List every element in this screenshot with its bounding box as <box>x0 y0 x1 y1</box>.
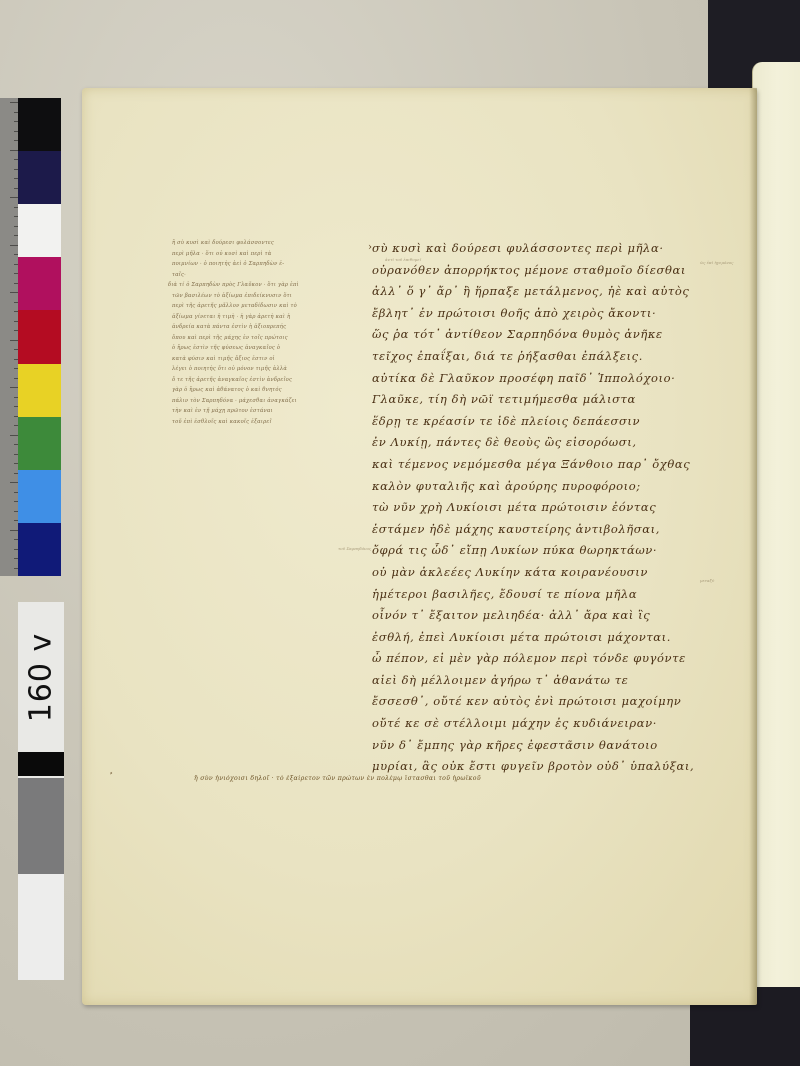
ruler-tick <box>10 340 18 341</box>
text-line: ἑστάμεν ἠδὲ μάχης καυστείρης ἀντιβολῆσαι… <box>372 519 752 541</box>
scholion-line: ποιμνίων · ὁ ποιητὴς ἀεὶ ὁ Σαρπηδὼν ἐ- <box>172 259 322 270</box>
text-line: οὔτέ κε σὲ στέλλοιμι μάχην ἐς κυδιάνειρα… <box>372 713 752 735</box>
scholion-line: ὅπου καὶ περὶ τῆς μάχης ἐν τοῖς πρώτοις <box>172 333 322 344</box>
ruler-tick <box>10 245 18 246</box>
text-line: ἀλλ᾽ ὅ γ᾽ ἄρ᾽ ἢ ἥρπαξε μετάλμενος, ἠὲ κα… <box>372 281 752 303</box>
text-line: ὄφρά τις ὧδ᾽ εἴπῃ Λυκίων πύκα θωρηκτάων· <box>372 540 752 562</box>
text-line: σὺ κυσὶ καὶ δούρεσι φυλάσσοντες περὶ μῆλ… <box>372 238 752 260</box>
interlinear-gloss: ὡς ἐπὶ ἡγεμόνος <box>700 260 733 265</box>
color-patch-green <box>18 417 61 470</box>
folio-label-card: 160 v <box>18 602 64 980</box>
note-marker-icon: ⸗ <box>110 769 112 777</box>
measuring-ruler <box>0 98 19 576</box>
text-line: οὐ μὰν ἀκλεέες Λυκίην κάτα κοιρανέουσιν <box>372 562 752 584</box>
bottom-note: ἢ σὺν ἡνιόχοισι δηλοῖ · τὸ ἐξαίρετον τῶν… <box>194 775 714 782</box>
ruler-tick <box>10 435 18 436</box>
scholion-line: τὴν καὶ ἐν τῇ μάχῃ πρῶτον ἑστάναι <box>172 406 322 417</box>
text-line: ἐσθλή, ἐπεὶ Λυκίοισι μέτα πρώτοισι μάχον… <box>372 627 752 649</box>
text-line: ἡμέτεροι βασιλῆες, ἔδουσί τε πίονα μῆλα <box>372 584 752 606</box>
text-line: τὼ νῦν χρὴ Λυκίοισι μέτα πρώτοισιν ἐόντα… <box>372 497 752 519</box>
ruler-tick <box>10 482 18 483</box>
ruler-tick <box>10 387 18 388</box>
scholion-line: τοῦ ἐπὶ ἐσθλοῖς καὶ κακοῖς ἐξαιρεῖ <box>172 417 322 428</box>
line-marker-icon: › <box>368 242 372 253</box>
scholion-line: ταῖς· <box>172 270 322 281</box>
folio-number-container: 160 v <box>18 602 64 752</box>
color-patch-black <box>18 98 61 151</box>
color-patch-navy <box>18 523 61 576</box>
color-patch-white <box>18 204 61 257</box>
ruler-tick <box>10 102 18 103</box>
grey-scale-black <box>18 752 64 776</box>
text-line: ἔσσεσθ᾽, οὔτέ κεν αὐτὸς ἐνὶ πρώτοισι μαχ… <box>372 691 752 713</box>
text-line: ἕδρῃ τε κρέασίν τε ἰδὲ πλείοις δεπάεσσιν <box>372 411 752 433</box>
text-line: οἶνόν τ᾽ ἔξαιτον μελιηδέα· ἀλλ᾽ ἄρα καὶ … <box>372 605 752 627</box>
facing-page-edge <box>752 62 800 987</box>
color-patch-magenta <box>18 257 61 310</box>
color-patch-cyan-blue <box>18 470 61 523</box>
scholion-line: ἀνδρεία κατὰ πάντα ἐστὶν ἡ ἀξιοπρεπής <box>172 322 322 333</box>
scholion-line: διὰ τί ὁ Σαρπηδὼν πρὸς Γλαῦκον · ὅτι γὰρ… <box>168 280 322 291</box>
text-line: ὦ πέπον, εἰ μὲν γὰρ πόλεμον περὶ τόνδε φ… <box>372 648 752 670</box>
text-line: αὐτίκα δὲ Γλαῦκον προσέφη παῖδ᾽ Ἱππολόχο… <box>372 368 752 390</box>
ruler-tick <box>10 197 18 198</box>
text-line: νῦν δ᾽ ἔμπης γὰρ κῆρες ἐφεστᾶσιν θανάτοι… <box>372 735 752 757</box>
marginal-scholia: ἢ σὺ κυσὶ καὶ δούρεσι φυλάσσοντεςπερὶ μῆ… <box>172 238 322 427</box>
scholion-line: τῶν βασιλέων τὸ ἀξίωμα ἐπιδείκνυσιν ὅτι <box>172 291 322 302</box>
text-line: οὐρανόθεν ἀπορρήκτος μέμονε σταθμοῖο δίε… <box>372 260 752 282</box>
color-patch-red <box>18 310 61 363</box>
scholion-line: λέγει ὁ ποιητὴς ὅτι οὐ μόνον τιμῆς ἀλλὰ <box>172 364 322 375</box>
scholion-line: περὶ τῆς ἀρετῆς μᾶλλον μεταδίδωσιν καὶ τ… <box>172 301 322 312</box>
text-line: Γλαῦκε, τίη δὴ νῶϊ τετιμήμεσθα μάλιστα <box>372 389 752 411</box>
scholion-line: ὁ ἥρως ἐστὶν τῆς φύσεως ἀναγκαῖος ὁ <box>172 343 322 354</box>
scholion-line: ἢ σὺ κυσὶ καὶ δούρεσι φυλάσσοντες <box>172 238 322 249</box>
scholion-line: κατὰ φύσιν καὶ τιμῆς ἄξιος ἐστιν οἱ <box>172 354 322 365</box>
grey-scale-mid <box>18 778 64 874</box>
ruler-tick <box>10 530 18 531</box>
color-calibration-strip <box>18 98 61 576</box>
color-patch-dark-blue <box>18 151 61 204</box>
text-line: καὶ τέμενος νεμόμεσθα μέγα Ξάνθοιο παρ᾽ … <box>372 454 752 476</box>
color-patch-yellow <box>18 364 61 417</box>
grey-scale-white <box>18 874 64 980</box>
ruler-tick <box>10 150 18 151</box>
scholion-line: ὅ τε τῆς ἀρετῆς ἀναγκαῖος ἐστὶν ἀνδρεῖος <box>172 375 322 386</box>
main-text-column: σὺ κυσὶ καὶ δούρεσι φυλάσσοντες περὶ μῆλ… <box>372 238 752 778</box>
interlinear-gloss: ἀντὶ τοῦ ἐπιθυμεῖ <box>385 257 421 262</box>
text-line: καλὸν φυταλιῆς καὶ ἀρούρης πυροφόροιο; <box>372 476 752 498</box>
text-line: ἔβλητ᾽ ἐν πρώτοισι θοῆς ἀπὸ χειρὸς ἄκοντ… <box>372 303 752 325</box>
text-line: αἰεὶ δὴ μέλλοιμεν ἀγήρω τ᾽ ἀθανάτω τε <box>372 670 752 692</box>
manuscript-folio: ἢ σὺ κυσὶ καὶ δούρεσι φυλάσσοντεςπερὶ μῆ… <box>82 88 757 1005</box>
scholion-line: γὰρ ὁ ἥρως καὶ ἀθάνατος ὁ καὶ θνητός <box>172 385 322 396</box>
text-line: τεῖχος ἐπαΐξαι, διά τε ῥήξασθαι ἐπάλξεις… <box>372 346 752 368</box>
text-line: ὥς ῥα τότ᾽ ἀντίθεον Σαρπηδόνα θυμὸς ἀνῆκ… <box>372 324 752 346</box>
folio-number: 160 v <box>24 632 59 722</box>
interlinear-gloss: μεταξὺ <box>700 578 714 583</box>
interlinear-gloss: τοῦ Σαρπηδόνος <box>338 546 371 551</box>
text-line: ἐν Λυκίῃ, πάντες δὲ θεοὺς ὣς εἰσορόωσι, <box>372 432 752 454</box>
scholion-line: ἀξίωμα γίνεται ἡ τιμὴ · ἡ γὰρ ἀρετὴ καὶ … <box>172 312 322 323</box>
scholion-line: πάλιν τὸν Σαρπηδόνα · μάχεσθαι ἀναγκάζει <box>172 396 322 407</box>
ruler-tick <box>10 292 18 293</box>
scholion-line: περὶ μῆλα · ὅτι οὐ κυσὶ καὶ περὶ τὰ <box>172 249 322 260</box>
